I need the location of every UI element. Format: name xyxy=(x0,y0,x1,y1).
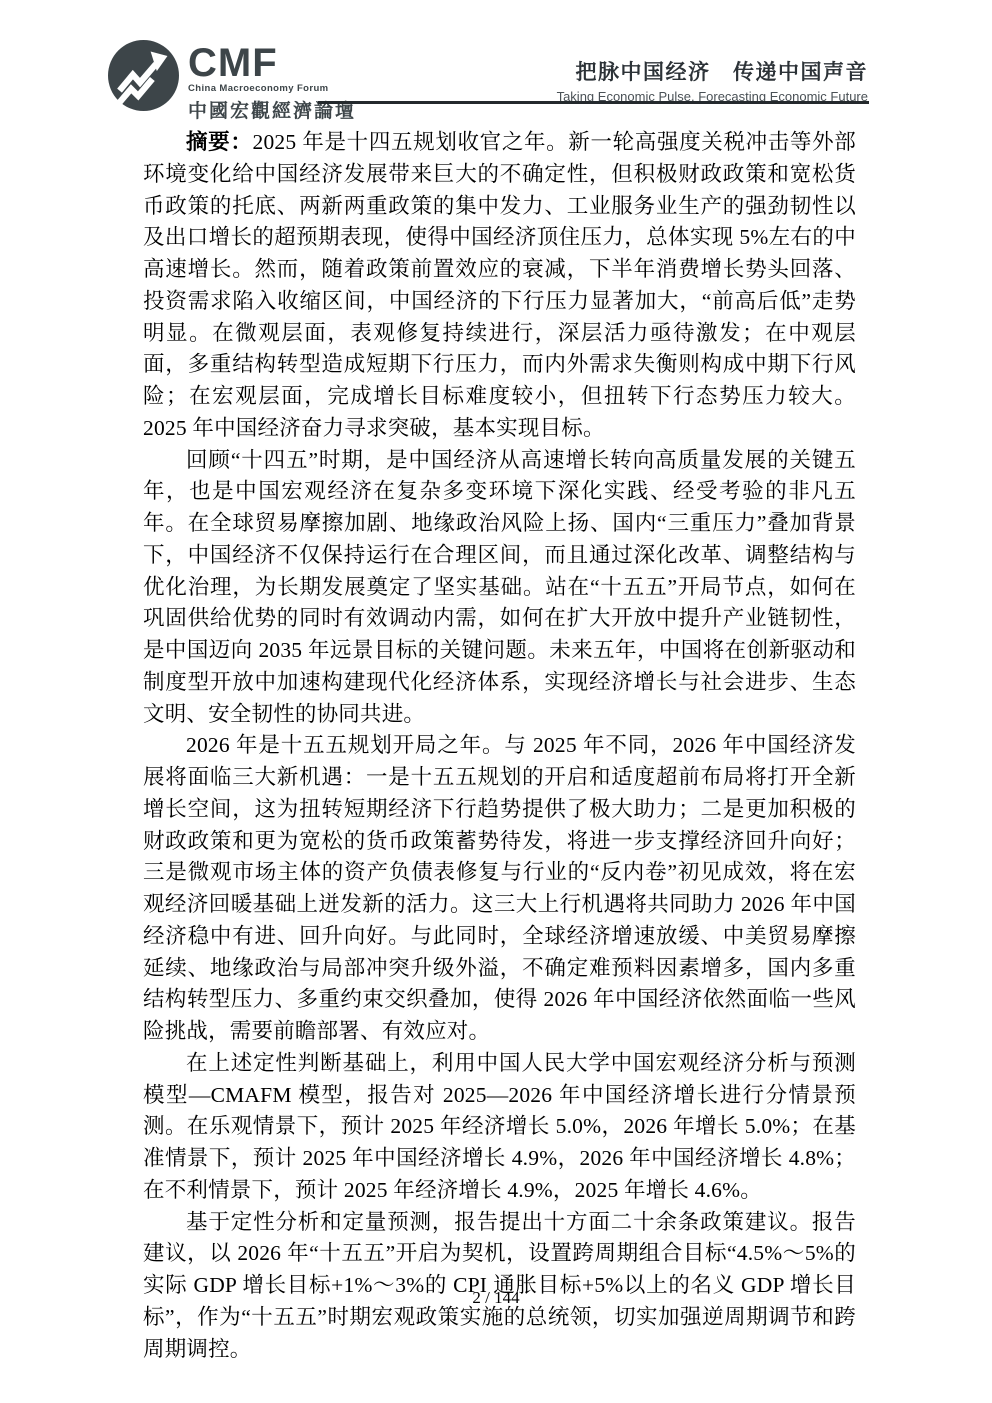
document-page: CMF China Macroeconomy Forum 中國宏觀經濟論壇 把脉… xyxy=(0,0,992,1403)
paragraph-text: 2025 年是十四五规划收官之年。新一轮高强度关税冲击等外部环境变化给中国经济发… xyxy=(143,130,856,440)
logo-acronym: CMF xyxy=(188,44,356,82)
paragraph: 回顾“十四五”时期，是中国经济从高速增长转向高质量发展的关键五年，也是中国宏观经… xyxy=(143,445,856,731)
trend-arrow-icon xyxy=(108,40,179,111)
logo-name-english: China Macroeconomy Forum xyxy=(188,83,356,94)
cmf-logo: CMF China Macroeconomy Forum 中國宏觀經濟論壇 xyxy=(108,40,356,123)
logo-text-column: CMF China Macroeconomy Forum 中國宏觀經濟論壇 xyxy=(188,40,356,123)
header-tagline: 把脉中国经济 传递中国声音 Taking Economic Pulse, For… xyxy=(557,56,868,104)
header-divider xyxy=(318,101,869,104)
paragraph: 基于定性分析和定量预测，报告提出十方面二十余条政策建议。报告建议，以 2026 … xyxy=(143,1207,856,1366)
tagline-chinese: 把脉中国经济 传递中国声音 xyxy=(557,56,868,86)
paragraph: 在上述定性判断基础上，利用中国人民大学中国宏观经济分析与预测模型—CMAFM 模… xyxy=(143,1048,856,1207)
abstract-content: 摘要：2025 年是十四五规划收官之年。新一轮高强度关税冲击等外部环境变化给中国… xyxy=(143,127,856,1365)
abstract-label: 摘要： xyxy=(186,130,253,154)
page-number: 2 / 144 xyxy=(0,1288,992,1308)
abstract-paragraph: 摘要：2025 年是十四五规划收官之年。新一轮高强度关税冲击等外部环境变化给中国… xyxy=(143,127,856,445)
paragraph: 2026 年是十五五规划开局之年。与 2025 年不同，2026 年中国经济发展… xyxy=(143,730,856,1048)
